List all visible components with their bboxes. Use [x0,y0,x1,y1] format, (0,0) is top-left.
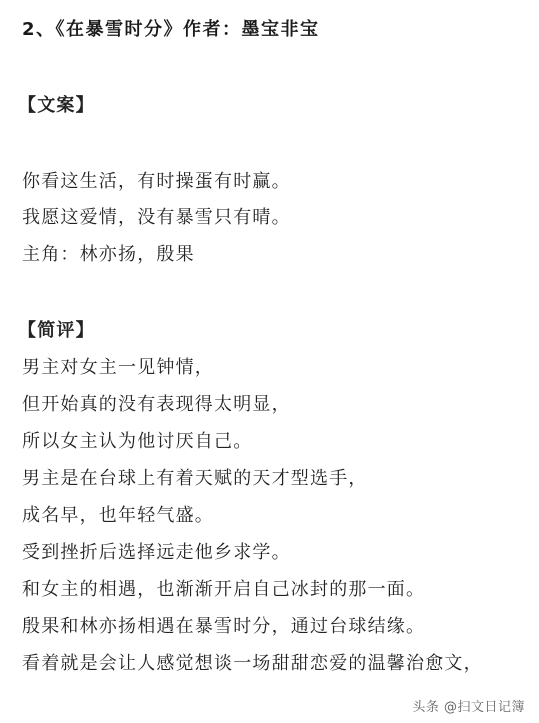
section-heading-review: 【简评】 [18,319,95,343]
section-heading-copy: 【文案】 [18,94,95,118]
review-line: 成名早，也年轻气盛。 [22,504,214,528]
copy-line: 我愿这爱情，没有暴雪只有晴。 [22,206,291,230]
review-line: 殷果和林亦扬相遇在暴雪时分，通过台球结缘。 [22,615,425,639]
review-line: 所以女主认为他讨厌自己。 [22,430,252,454]
review-line: 男主是在台球上有着天赋的天才型选手， [22,467,368,491]
review-line: 看着就是会让人感觉想谈一场甜甜恋爱的温馨治愈文， [22,652,483,676]
review-line: 但开始真的没有表现得太明显， [22,393,291,417]
review-line: 男主对女主一见钟情， [22,356,214,380]
copy-line: 你看这生活，有时操蛋有时赢。 [22,170,291,194]
article-title: 2、《在暴雪时分》作者：墨宝非宝 [22,18,320,42]
source-watermark: 头条 @扫文日记簿 [412,696,525,715]
copy-line: 主角：林亦扬，殷果 [22,243,195,267]
review-line: 和女主的相遇，也渐渐开启自己冰封的那一面。 [22,578,425,602]
review-line: 受到挫折后选择远走他乡求学。 [22,541,291,565]
